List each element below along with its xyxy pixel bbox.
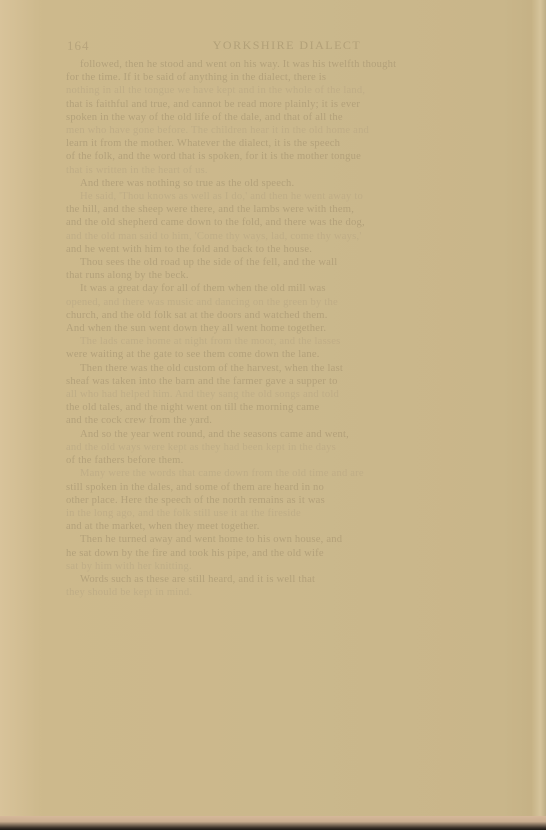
text-line: And there was nothing so true as the old… (66, 177, 508, 190)
text-line: still spoken in the dales, and some of t… (66, 481, 508, 494)
text-line: that is written in the heart of us. (66, 164, 508, 177)
text-line: Then he turned away and went home to his… (66, 533, 508, 546)
text-line: Many were the words that came down from … (66, 467, 508, 480)
page-number: 164 (67, 38, 90, 54)
paragraph: Many were the words that came down from … (66, 467, 508, 533)
text-line: and the old shepherd came down to the fo… (66, 216, 508, 229)
page-header: 164 YORKSHIRE DIALECT (67, 38, 507, 54)
text-line: that runs along by the beck. (66, 269, 508, 282)
text-line: opened, and there was music and dancing … (66, 296, 508, 309)
text-line: he sat down by the fire and took his pip… (66, 547, 508, 560)
text-line: learn it from the mother. Whatever the d… (66, 137, 508, 150)
text-line: of the fathers before them. (66, 454, 508, 467)
text-line: the hill, and the sheep were there, and … (66, 203, 508, 216)
text-line: and the old ways were kept as they had b… (66, 441, 508, 454)
paragraph: Thou sees the old road up the side of th… (66, 256, 508, 282)
text-line: Then there was the old custom of the har… (66, 362, 508, 375)
paragraph: And so the year went round, and the seas… (66, 428, 508, 468)
text-line: He said, 'Thou knows as well as I do,' a… (66, 190, 508, 203)
paragraph: The lads came home at night from the moo… (66, 335, 508, 361)
paragraph: He said, 'Thou knows as well as I do,' a… (66, 190, 508, 256)
text-line: sheaf was taken into the barn and the fa… (66, 375, 508, 388)
text-line: other place. Here the speech of the nort… (66, 494, 508, 507)
body-text: followed, then he stood and went on his … (66, 58, 508, 599)
text-line: they should be kept in mind. (66, 586, 508, 599)
text-line: church, and the old folk sat at the door… (66, 309, 508, 322)
text-line: that is faithful and true, and cannot be… (66, 98, 508, 111)
page-right-edge (532, 0, 546, 830)
paragraph: And there was nothing so true as the old… (66, 177, 508, 190)
text-line: for the time. If it be said of anything … (66, 71, 508, 84)
text-line: all who had helped him. And they sang th… (66, 388, 508, 401)
paragraph: Then he turned away and went home to his… (66, 533, 508, 573)
page-bottom-edge (0, 816, 546, 830)
text-line: men who have gone before. The children h… (66, 124, 508, 137)
text-line: the old tales, and the night went on til… (66, 401, 508, 414)
text-line: and the cock crew from the yard. (66, 414, 508, 427)
text-line: The lads came home at night from the moo… (66, 335, 508, 348)
text-line: Thou sees the old road up the side of th… (66, 256, 508, 269)
text-line: in the long ago, and the folk still use … (66, 507, 508, 520)
paragraph: followed, then he stood and went on his … (66, 58, 508, 177)
text-line: sat by him with her knitting. (66, 560, 508, 573)
paragraph: It was a great day for all of them when … (66, 282, 508, 335)
text-line: It was a great day for all of them when … (66, 282, 508, 295)
text-line: followed, then he stood and went on his … (66, 58, 508, 71)
text-line: And when the sun went down they all went… (66, 322, 508, 335)
text-line: of the folk, and the word that is spoken… (66, 150, 508, 163)
text-line: Words such as these are still heard, and… (66, 573, 508, 586)
text-line: were waiting at the gate to see them com… (66, 348, 508, 361)
text-line: spoken in the way of the old life of the… (66, 111, 508, 124)
scanned-book-page: 164 YORKSHIRE DIALECT followed, then he … (0, 0, 546, 830)
text-line: and the old man said to him, 'Come thy w… (66, 230, 508, 243)
paragraph: Then there was the old custom of the har… (66, 362, 508, 428)
text-line: and he went with him to the fold and bac… (66, 243, 508, 256)
text-line: and at the market, when they meet togeth… (66, 520, 508, 533)
spine-shadow (0, 0, 40, 830)
paragraph: Words such as these are still heard, and… (66, 573, 508, 599)
running-title: YORKSHIRE DIALECT (187, 38, 387, 53)
text-line: And so the year went round, and the seas… (66, 428, 508, 441)
text-line: nothing in all the tongue we have kept a… (66, 84, 508, 97)
